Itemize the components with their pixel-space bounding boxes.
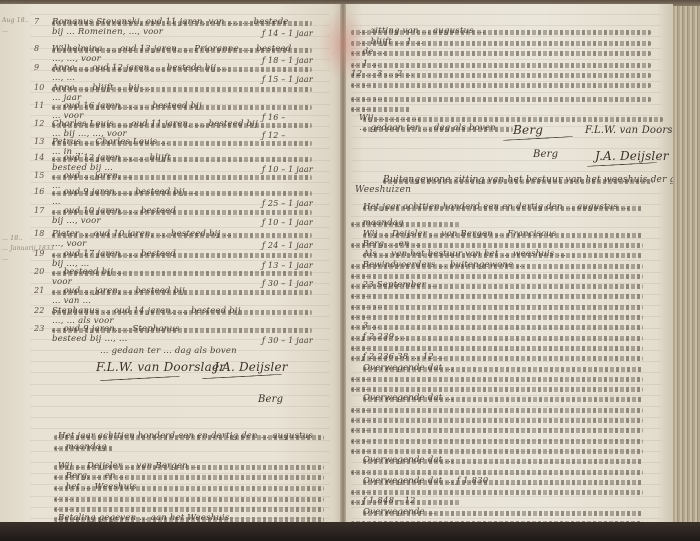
signature: J.A. Deijsler: [595, 150, 669, 162]
entry-amount: ƒ 12 –: [262, 132, 285, 140]
entry-line: besteed bij …, …: [52, 335, 128, 344]
entry-amount: ƒ 14 – 1 jaar: [262, 30, 313, 38]
handwriting-stroke: [52, 157, 312, 162]
entry-number: 20: [34, 268, 45, 276]
handwriting-stroke: [351, 97, 651, 102]
closing-line: … gedaan ter … dag als boven: [100, 347, 237, 356]
handwriting-stroke: [351, 377, 643, 382]
entry-amount: ƒ 24 – 1 jaar: [262, 242, 313, 250]
ruled-line: [351, 272, 661, 273]
entry-number: 21: [34, 287, 45, 295]
handwriting-stroke: [351, 83, 651, 88]
left-page: Aug 18..…… 18..… Januarij 1833…7Romanus …: [0, 4, 343, 524]
handwriting-stroke: [351, 315, 643, 320]
handwriting-stroke: [351, 387, 643, 392]
open-ledger-book: Aug 18..…… 18..… Januarij 1833…7Romanus …: [0, 0, 700, 541]
handwriting-stroke: [351, 30, 651, 35]
handwriting-stroke: [351, 418, 643, 423]
handwriting-stroke: [54, 465, 324, 470]
entry-amount: ƒ 16 –: [262, 114, 285, 122]
signature: Berg: [258, 395, 283, 405]
ruled-line: [30, 384, 330, 385]
entry-number: 9: [34, 64, 39, 72]
entry-amount: ƒ 15 – 1 jaar: [262, 76, 313, 84]
handwriting-stroke: [363, 206, 643, 211]
handwriting-stroke: [351, 222, 461, 227]
handwriting-stroke: [363, 127, 513, 132]
ruled-line: [351, 216, 661, 217]
handwriting-stroke: [363, 367, 643, 372]
ruled-line: [351, 92, 661, 93]
entry-amount: ƒ 30 – 1 jaar: [262, 337, 313, 345]
handwriting-stroke: [363, 117, 663, 122]
ruled-line: [30, 182, 330, 183]
handwriting-stroke: [363, 511, 643, 516]
handwriting-stroke: [351, 356, 643, 361]
handwriting-stroke: [351, 449, 643, 454]
handwriting-stroke: [52, 175, 312, 180]
ruled-line: [351, 59, 661, 60]
handwriting-stroke: [351, 294, 643, 299]
handwriting-stroke: [351, 264, 643, 269]
handwriting-stroke: [52, 141, 312, 146]
entry-amount: ƒ 10 – 1 jaar: [262, 219, 313, 227]
entry-line: …, …: [52, 74, 75, 83]
entry-number: 8: [34, 45, 39, 53]
handwriting-stroke: [363, 459, 643, 464]
handwriting-stroke: [351, 500, 461, 505]
handwriting-stroke: [351, 63, 651, 68]
handwriting-stroke: [54, 435, 324, 440]
ruled-line: [351, 384, 661, 385]
entry-number: 19: [34, 250, 45, 258]
handwriting-stroke: [363, 480, 643, 485]
entry-amount: ƒ 30 – 1 jaar: [262, 280, 313, 288]
handwriting-stroke: [52, 123, 312, 128]
handwriting-stroke: [351, 490, 643, 495]
ruled-line: [351, 14, 661, 15]
ruled-line: [30, 417, 330, 418]
signature: J.A. Deijsler: [214, 361, 288, 373]
signature-flourish: [202, 374, 282, 379]
entry-number: 12: [34, 120, 45, 128]
handwriting-stroke: [54, 475, 324, 480]
book-gutter: [340, 4, 346, 524]
handwriting-stroke: [52, 271, 312, 276]
entry-number: 16: [34, 188, 45, 196]
signature: Berg: [513, 124, 543, 136]
entry-amount: ƒ 10 – 1 jaar: [262, 166, 313, 174]
handwriting-stroke: [351, 51, 651, 56]
handwriting-stroke: [363, 253, 643, 258]
entry-line: bij …, voor: [52, 217, 101, 226]
handwriting-stroke: [351, 325, 643, 330]
handwriting-stroke: [52, 191, 312, 196]
entry-line: …, voor: [52, 240, 86, 249]
handwriting-stroke: [52, 67, 312, 72]
ruled-line: [351, 137, 661, 138]
entry-line: … van …: [52, 297, 91, 306]
entry-number: 18: [34, 230, 45, 238]
entry-amount: ƒ 18 – 1 jaar: [262, 57, 313, 65]
handwriting-stroke: [351, 243, 643, 248]
entry-number: 13: [34, 138, 45, 146]
entry-line: bij … Romeinen, …, voor: [52, 28, 163, 37]
ruled-line: [351, 171, 661, 172]
ruled-line: [30, 428, 330, 429]
ruled-line: [30, 14, 330, 15]
ruled-line: [351, 372, 661, 373]
handwriting-stroke: [52, 210, 312, 215]
handwriting-stroke: [52, 290, 312, 295]
handwriting-stroke: [351, 470, 643, 475]
margin-note: …: [2, 256, 8, 262]
entry-amount: ƒ 13 – 1 jaar: [262, 262, 313, 270]
handwriting-stroke: [351, 336, 643, 341]
signature: Berg: [533, 150, 558, 160]
handwriting-stroke: [52, 328, 312, 333]
book-bottom-edge: [0, 522, 700, 541]
signature-flourish: [100, 376, 180, 381]
paper-stain: [318, 10, 368, 80]
handwriting-stroke: [351, 107, 411, 112]
handwriting-stroke: [351, 274, 643, 279]
handwriting-stroke: [52, 48, 312, 53]
handwriting-stroke: [383, 179, 653, 184]
handwriting-stroke: [363, 397, 643, 402]
handwriting-stroke: [351, 346, 643, 351]
ruled-line: [351, 104, 661, 105]
entry-number: 10: [34, 84, 45, 92]
handwriting-stroke: [54, 446, 114, 451]
ruled-line: [30, 395, 330, 396]
handwriting-stroke: [351, 408, 643, 413]
handwriting-stroke: [52, 253, 312, 258]
minute-header: Weeshuizen: [355, 186, 411, 195]
signature: F.L.W. van Doorslaer: [96, 361, 225, 373]
ruled-line: [351, 518, 661, 519]
margin-note: … 18..: [2, 236, 23, 242]
entry-number: 14: [34, 154, 45, 162]
handwriting-stroke: [351, 41, 651, 46]
entry-number: 23: [34, 325, 45, 333]
handwriting-stroke: [54, 497, 324, 502]
signature: F.L.W. van Doorslaer: [585, 126, 673, 136]
handwriting-stroke: [52, 310, 312, 315]
entry-number: 15: [34, 172, 45, 180]
handwriting-stroke: [52, 105, 312, 110]
handwriting-stroke: [351, 439, 643, 444]
entry-amount: ƒ 25 – 1 jaar: [262, 200, 313, 208]
entry-number: 17: [34, 207, 45, 215]
margin-note: Aug 18..: [2, 18, 29, 24]
ruled-line: [351, 48, 661, 49]
handwriting-stroke: [351, 284, 643, 289]
handwriting-stroke: [52, 21, 312, 26]
handwriting-stroke: [351, 428, 643, 433]
handwriting-stroke: [351, 305, 643, 310]
handwriting-stroke: [351, 73, 651, 78]
ruled-line: [30, 406, 330, 407]
entry-number: 11: [34, 102, 45, 110]
handwriting-stroke: [363, 233, 643, 238]
margin-note: … Januarij 1833: [2, 246, 54, 252]
handwriting-stroke: [52, 87, 312, 92]
handwriting-stroke: [54, 486, 324, 491]
entry-number: 22: [34, 307, 45, 315]
right-page: … zitting van … augustus …… blijft … 1 ……: [343, 4, 673, 524]
ruled-line: [351, 406, 661, 407]
entry-number: 7: [34, 18, 39, 26]
handwriting-stroke: [54, 507, 324, 512]
page-fore-edge: [673, 6, 700, 522]
margin-note: …: [2, 28, 8, 34]
handwriting-stroke: [52, 233, 312, 238]
